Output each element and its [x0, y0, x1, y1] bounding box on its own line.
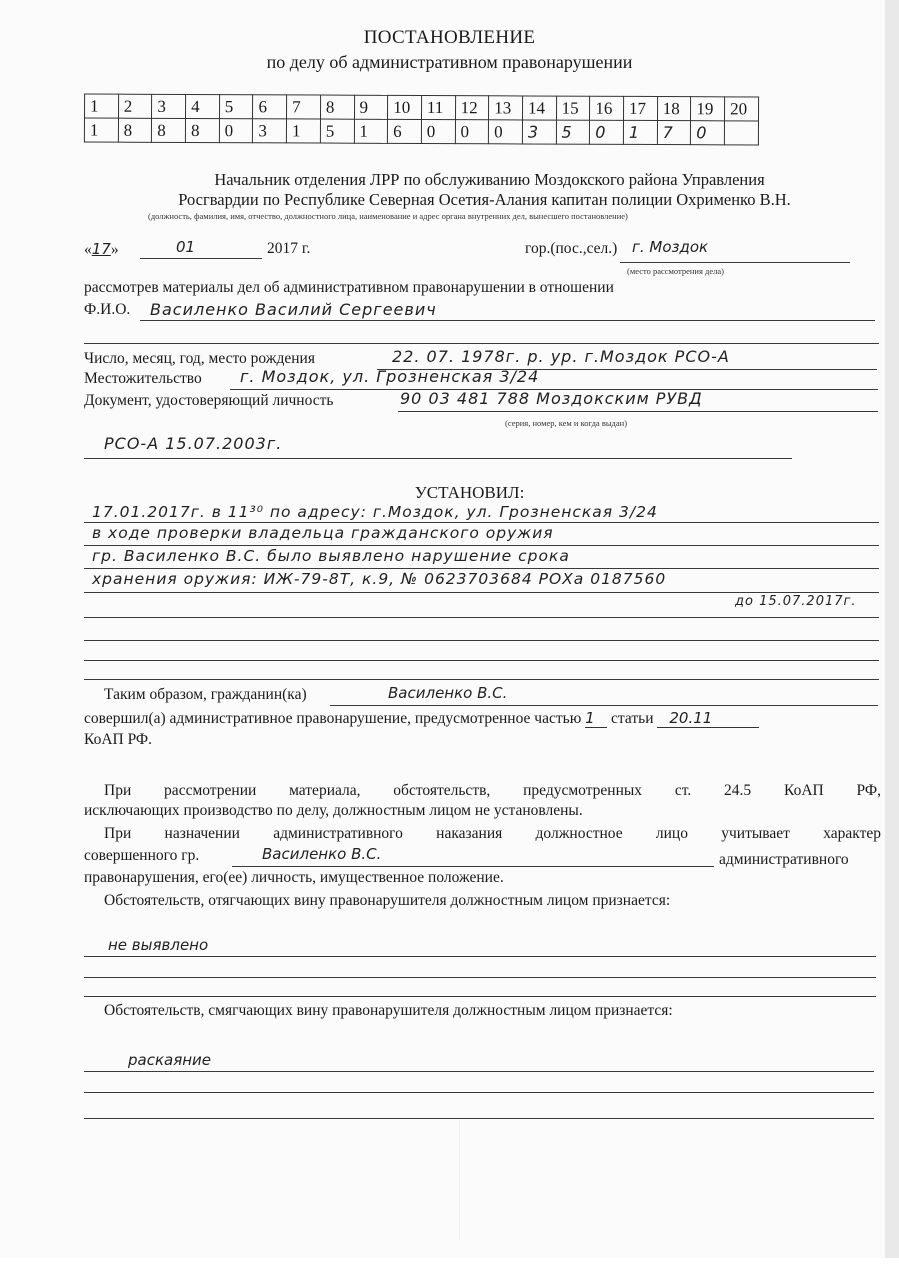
case-number-digit: 6 [388, 119, 422, 143]
p2-line3: правонарушения, его(ее) личность, имущес… [84, 869, 504, 887]
authority-hint: (должность, фамилия, имя, отчество, долж… [148, 211, 628, 221]
case-number-index: 17 [623, 96, 657, 120]
case-number-digit: 0 [489, 120, 523, 144]
case-number-digit: 3 [253, 119, 287, 143]
case-number-digit: 1 [623, 120, 657, 144]
established-ruled-line [84, 679, 879, 680]
part-value: 1 [585, 709, 607, 728]
review-intro: рассмотрев материалы дел об администрати… [84, 279, 614, 297]
committed-label: совершил(а) административное правонаруше… [84, 710, 581, 727]
aggravating-value: не выявлено [108, 936, 208, 954]
authority-line-1: Начальник отделения ЛРР по обслуживанию … [0, 170, 899, 190]
established-ruled-line [84, 545, 879, 546]
case-number-index: 9 [354, 95, 388, 119]
case-number-digit [724, 121, 758, 145]
aggravating-label: Обстоятельств, отягчающих вину правонару… [104, 892, 670, 910]
document-underline [398, 411, 878, 412]
case-number-value-row: 1888031516000350170 [84, 118, 758, 145]
date-year: 2017 г. [267, 240, 310, 258]
established-ruled-line [84, 660, 879, 661]
p2-prefix: совершенного гр. [84, 847, 199, 865]
mitigating-line-3 [84, 1118, 874, 1119]
fio-label: Ф.И.О. [84, 301, 130, 319]
birth-label: Число, месяц, год, место рождения [84, 350, 315, 368]
case-number-index: 2 [118, 94, 152, 118]
case-number-index: 15 [556, 96, 590, 120]
scan-bottom-edge [0, 1258, 899, 1280]
established-heading: УСТАНОВИЛ: [0, 483, 899, 503]
case-number-index: 12 [455, 96, 489, 120]
case-number-digit: 0 [421, 120, 455, 144]
document-hint: (серия, номер, кем и когда выдан) [505, 418, 627, 428]
p2-line1: При назначении административного наказан… [84, 825, 881, 843]
case-number-digit: 0 [590, 120, 624, 144]
p1-line2: исключающих производство по делу, должно… [84, 802, 583, 820]
thus-underline [330, 705, 878, 706]
document-value: 90 03 481 788 Моздокским РУВД [400, 389, 703, 408]
case-number-index: 18 [657, 97, 691, 121]
mitigating-value: раскаяние [128, 1051, 211, 1069]
case-number-digit: 0 [219, 119, 253, 143]
case-number-table: 1234567891011121314151617181920 18880315… [84, 94, 759, 146]
established-line: хранения оружия: ИЖ-79-8Т, к.9, № 062370… [92, 570, 666, 588]
fio-underline-2 [84, 343, 879, 344]
date-day: 17 [92, 240, 111, 258]
date-month: 01 [176, 238, 195, 256]
case-number-digit: 0 [455, 120, 489, 144]
fio-value: Василенко Василий Сергеевич [150, 300, 437, 319]
authority-line-2: Росгвардии по Республике Северная Осетия… [0, 190, 899, 210]
mitigating-line-2 [84, 1092, 874, 1093]
residence-label: Местожительство [84, 370, 202, 388]
month-underline [140, 258, 262, 259]
case-number-index: 8 [320, 95, 354, 119]
established-line: в ходе проверки владельца гражданского о… [92, 524, 554, 542]
residence-value: г. Моздок, ул. Грозненская 3/24 [240, 367, 539, 386]
case-number-index: 20 [725, 97, 759, 121]
place-hint: (место рассмотрения дела) [627, 266, 724, 276]
aggravating-line-3 [84, 996, 876, 997]
mitigating-line-1 [84, 1071, 874, 1072]
case-number-index: 3 [152, 94, 186, 118]
case-number-digit: 7 [657, 121, 691, 145]
committed-text: совершил(а) административное правонаруше… [84, 709, 759, 728]
case-number-digit: 8 [118, 118, 152, 142]
established-ruled-line [84, 617, 879, 618]
document-value-cont: РСО-А 15.07.2003г. [104, 434, 282, 453]
document-page: ПОСТАНОВЛЕНИЕ по делу об административно… [0, 0, 899, 1280]
place-underline [620, 262, 850, 263]
p2-suffix: административного [719, 851, 849, 869]
aggravating-line-1 [84, 956, 876, 957]
established-ruled-line [84, 522, 879, 523]
case-number-index: 7 [287, 95, 321, 119]
case-number-digit: 3 [522, 120, 556, 144]
aggravating-line-2 [84, 977, 876, 978]
fold-crease [459, 1120, 460, 1240]
case-number-index-row: 1234567891011121314151617181920 [85, 94, 759, 121]
established-ruled-line [84, 640, 879, 641]
case-number-index: 16 [590, 96, 624, 120]
place-value: г. Моздок [632, 238, 708, 256]
case-number-digit: 1 [287, 119, 321, 143]
established-ruled-line [84, 568, 879, 569]
case-number-digit: 8 [152, 118, 186, 142]
fio-underline [140, 320, 875, 321]
quote-open: « [84, 241, 92, 258]
thus-label: Таким образом, гражданин(ка) [104, 686, 307, 704]
p1-line1: При рассмотрении материала, обстоятельст… [84, 782, 881, 800]
case-number-index: 14 [522, 96, 556, 120]
quote-close: » [111, 241, 119, 258]
case-number-index: 1 [85, 94, 119, 118]
mitigating-label: Обстоятельств, смягчающих вину правонару… [104, 1002, 673, 1020]
case-number-digit: 8 [185, 118, 219, 142]
p2-underline [232, 866, 714, 867]
code-label: КоАП РФ. [84, 731, 152, 749]
document-underline-2 [84, 458, 792, 459]
date-day-field: «17» [84, 240, 119, 259]
document-title: ПОСТАНОВЛЕНИЕ [0, 27, 899, 49]
case-number-digit: 1 [354, 119, 388, 143]
article-label: статьи [611, 710, 653, 727]
case-number-digit: 5 [556, 120, 590, 144]
birth-value: 22. 07. 1978г. р. ур. г.Моздок РСО-А [392, 347, 730, 366]
case-number-digit: 0 [691, 121, 725, 145]
article-value: 20.11 [657, 709, 759, 728]
case-number-index: 4 [186, 94, 220, 118]
case-number-digit: 5 [320, 119, 354, 143]
document-label: Документ, удостоверяющий личность [84, 392, 333, 410]
established-line: 17.01.2017г. в 11³⁰ по адресу: г.Моздок,… [92, 503, 658, 521]
document-subtitle: по делу об административном правонарушен… [0, 52, 899, 73]
established-line: гр. Василенко В.С. было выявлено нарушен… [92, 547, 570, 565]
case-number-index: 6 [253, 95, 287, 119]
case-number-index: 13 [489, 96, 523, 120]
established-line: до 15.07.2017г. [735, 594, 856, 609]
place-label: гор.(пос.,сел.) [525, 240, 617, 258]
case-number-index: 11 [421, 96, 455, 120]
case-number-digit: 1 [84, 118, 118, 142]
p2-value: Василенко В.С. [262, 845, 381, 863]
established-ruled-line [84, 592, 879, 593]
thus-value: Василенко В.С. [388, 684, 507, 702]
case-number-index: 19 [691, 97, 725, 121]
case-number-index: 10 [388, 95, 422, 119]
case-number-index: 5 [219, 95, 253, 119]
